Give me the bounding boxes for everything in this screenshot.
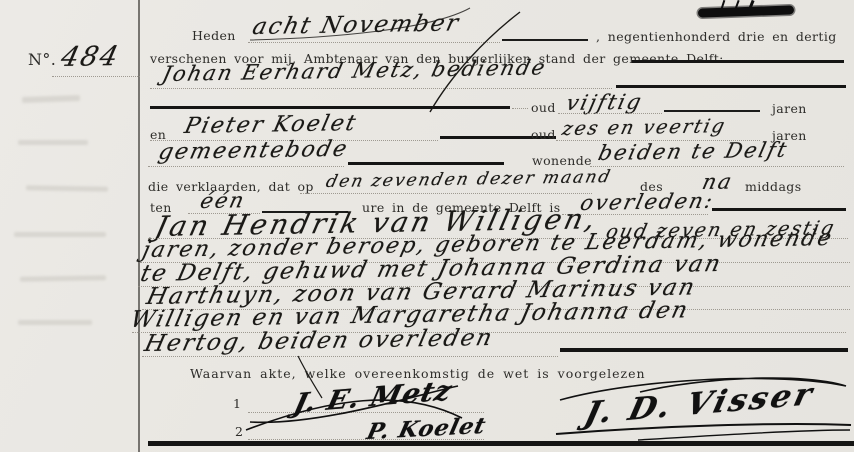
strike-line <box>712 208 846 211</box>
handwritten-death-date: den zevenden dezer maand <box>324 167 614 192</box>
dotted-line <box>148 166 344 167</box>
act-number-label: N°. <box>28 50 56 69</box>
dotted-line <box>150 88 612 89</box>
handwritten-declarant2: Pieter Koelet <box>182 111 360 139</box>
bleed-through-mark <box>18 320 92 325</box>
dotted-line <box>512 108 528 109</box>
registrar-signature: J. D. Visser <box>581 376 818 431</box>
handwritten-occupation: gemeentebode <box>156 137 351 165</box>
witness1-number: 1 <box>233 396 241 411</box>
printed-wonende: wonende <box>532 153 592 168</box>
printed-heden: Heden <box>192 28 236 43</box>
death-certificate-scan: N°. 484 Heden acht November , negentienh… <box>0 0 854 452</box>
deceased-line6: Hertog, beiden overleden <box>142 325 496 357</box>
dotted-line <box>590 166 844 167</box>
printed-oud-1: oud <box>531 100 556 115</box>
bleed-through-mark <box>20 275 106 282</box>
fill-line <box>664 110 760 112</box>
bleed-through-mark <box>18 140 88 145</box>
printed-middags: middags <box>745 179 802 194</box>
dotted-line <box>248 42 500 43</box>
strike-line <box>348 162 504 165</box>
fill-line <box>502 39 588 41</box>
bottom-border-band <box>148 441 854 446</box>
strike-line <box>560 348 848 352</box>
handwritten-age1: vijftig <box>564 90 645 115</box>
witness2-number: 2 <box>235 424 243 439</box>
dotted-line <box>142 356 558 357</box>
strike-line <box>616 85 846 88</box>
handwritten-age2: zes en veertig <box>560 115 729 140</box>
bleed-through-mark <box>22 95 80 103</box>
handwritten-date: acht November <box>250 10 463 40</box>
printed-oud-2: oud <box>531 127 556 142</box>
dotted-line <box>558 113 662 114</box>
ink-stamp-mark <box>698 5 794 17</box>
bleed-through-mark <box>26 185 108 191</box>
strike-line <box>632 60 844 63</box>
dotted-line <box>52 76 140 77</box>
act-number-value: 484 <box>58 41 123 73</box>
printed-jaren-1: jaren <box>772 101 807 116</box>
margin-divider-line <box>138 0 140 452</box>
printed-year: , negentienhonderd drie en dertig <box>596 29 837 44</box>
strike-line <box>150 106 510 109</box>
handwritten-residence: beiden te Delft <box>596 138 791 165</box>
bleed-through-mark <box>14 232 106 237</box>
dotted-line <box>300 193 592 194</box>
